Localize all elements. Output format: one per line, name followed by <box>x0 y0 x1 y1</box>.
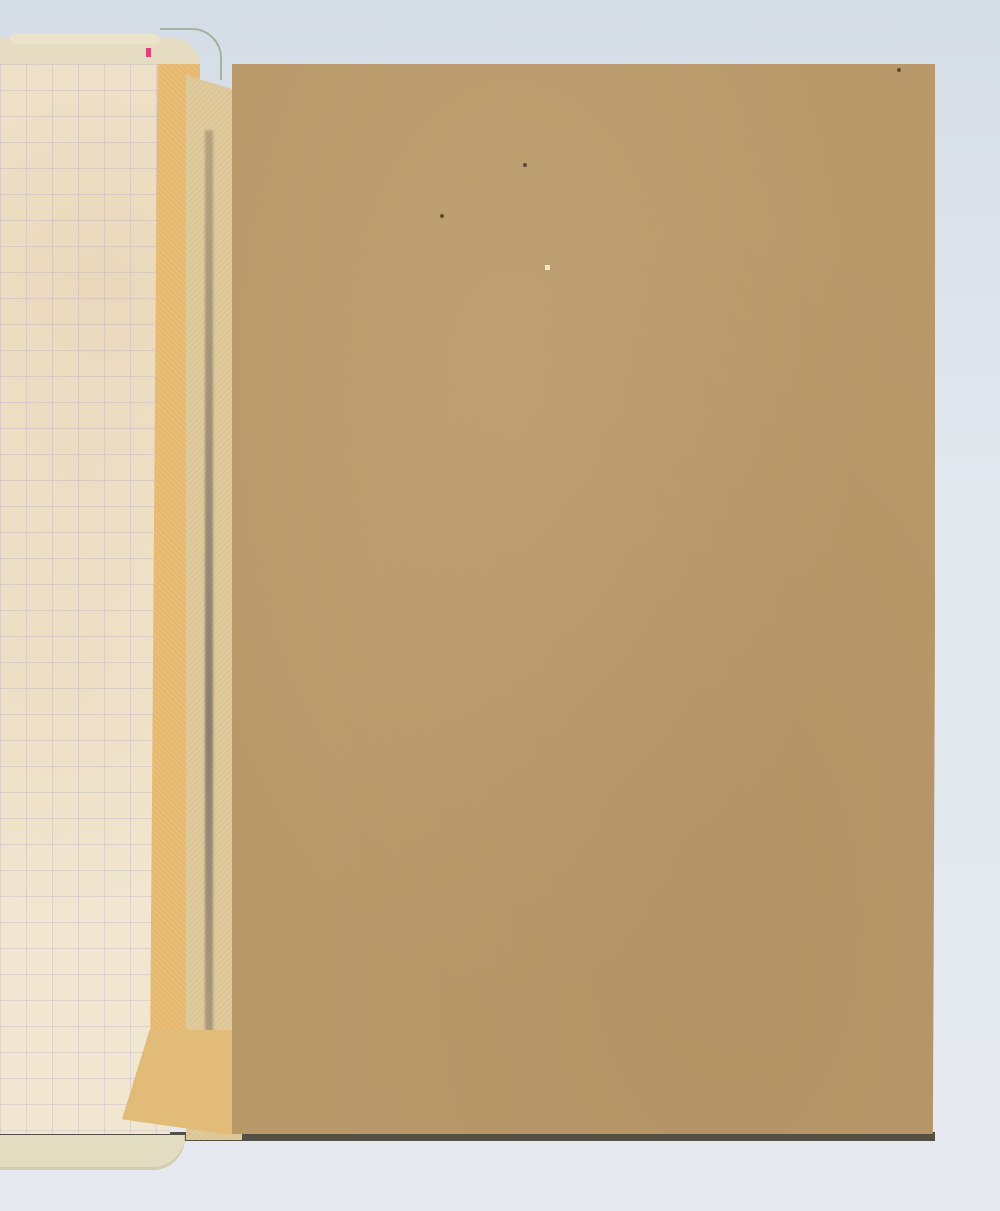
stain-dot <box>523 163 527 167</box>
stain-dot <box>897 68 901 72</box>
graph-paper-page <box>0 64 170 1134</box>
spine-fold <box>205 130 213 1130</box>
paper-fleck <box>545 265 550 270</box>
pink-mark <box>146 48 151 57</box>
brown-cover <box>232 64 935 1134</box>
page-stack-bottom <box>0 1135 185 1167</box>
stain-dot <box>440 214 444 218</box>
page-stack-top <box>0 38 200 66</box>
